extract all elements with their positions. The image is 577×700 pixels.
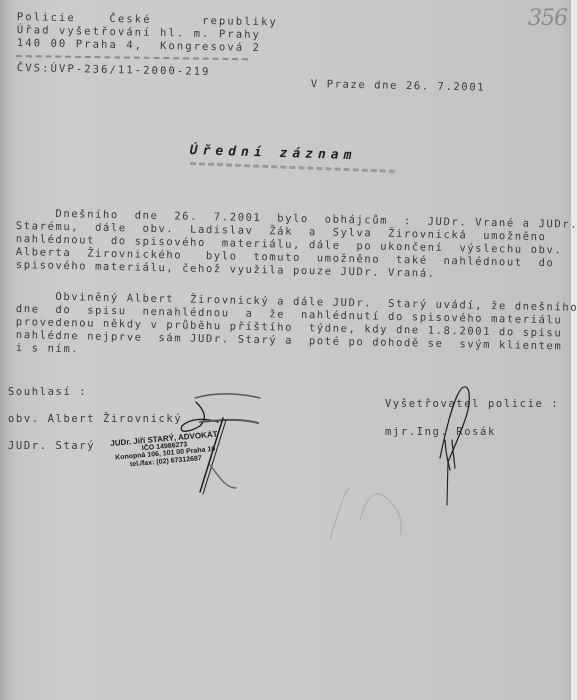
paragraph-2-line: i s ním. — [16, 342, 80, 355]
agreement-label: Souhlasí : — [8, 386, 87, 398]
scanned-document-page: 356 Policie České republiky Úřad vyšetřo… — [0, 0, 577, 700]
signatory-defendant: obv. Albert Žirovnický — [8, 413, 182, 425]
document-title: Úřední záznam — [190, 143, 357, 163]
title-underline — [190, 162, 395, 173]
lawyer-stamp: JUDr. Jiří STARÝ, ADVOKÁT IČO 14986273 K… — [110, 431, 220, 470]
case-reference: ČVS:ÚVP-236/11-2000-219 — [17, 62, 211, 78]
header-divider — [16, 55, 248, 60]
handwritten-page-number: 356 — [528, 6, 567, 31]
investigator-label: Vyšetřovatel policie : — [385, 398, 559, 410]
page-edge — [571, 0, 577, 700]
investigator-name: mjr.Ing. Rosák — [385, 426, 496, 438]
place-date: V Praze dne 26. 7.2001 — [311, 78, 485, 94]
signatory-lawyer: JUDr. Starý — [8, 440, 95, 452]
